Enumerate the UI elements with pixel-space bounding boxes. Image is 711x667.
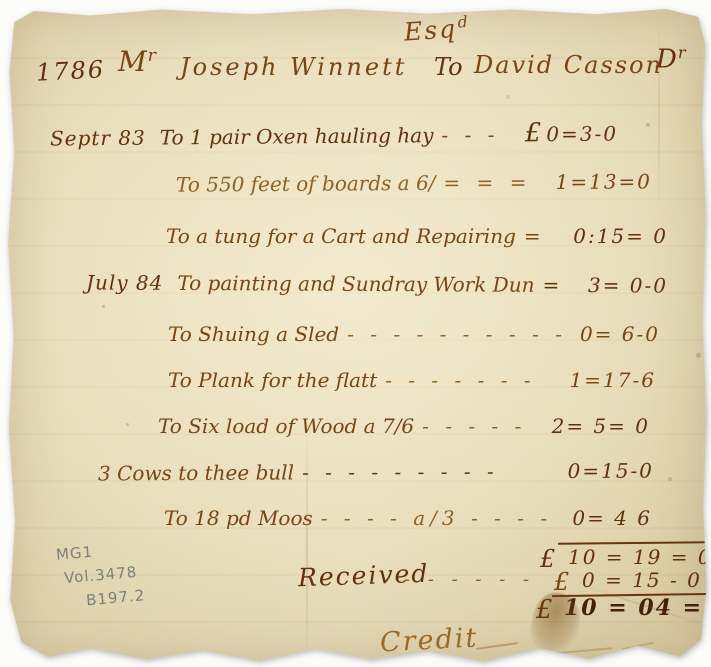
entry-description: To Plank for the flatt <box>168 368 377 392</box>
header-year: 1786 <box>35 55 105 87</box>
paper-sheet: Esqd 1786 Mr Joseph Winnett To David Cas… <box>6 5 708 666</box>
ledger-row: To 550 feet of boards a 6/ = = = 1=13=0 <box>176 169 652 196</box>
entry-amount: £0=3-0 <box>525 118 619 149</box>
entry-dashes: - - - - - <box>414 414 534 438</box>
entry-description: To painting and Sundray Work Dun <box>177 271 534 297</box>
pound-sign: £ <box>540 545 555 573</box>
header-creditor-name: David Casson <box>474 51 663 79</box>
ink-fragment <box>476 642 518 650</box>
entry-amount: 0= 6-0 <box>580 322 660 346</box>
entry-description: To a tung for a Cart and Repairing <box>166 224 516 248</box>
document-scan: Esqd 1786 Mr Joseph Winnett To David Cas… <box>0 0 711 667</box>
entry-description: To Shuing a Sled <box>168 322 339 346</box>
entry-description: To 550 feet of boards a 6/ <box>176 171 436 197</box>
bottom-credit-fragment: Credit <box>379 622 479 658</box>
entry-amount: 2= 5= 0 <box>552 414 650 438</box>
dr-superscript: r <box>678 43 686 62</box>
foxing-spot <box>506 95 510 99</box>
received-amount-value: 0 = 15 - 0 <box>582 568 702 592</box>
header-esquire: Esqd <box>403 13 471 47</box>
entry-date: Septr 83 <box>50 126 146 151</box>
entry-amount: 0:15= 0 <box>573 224 668 248</box>
entry-dashes: = <box>516 224 554 248</box>
entry-amount: 1=13=0 <box>555 169 652 194</box>
header-dr-abbrev: Dr <box>656 43 686 75</box>
entry-description: To 1 pair Oxen hauling hay <box>160 123 434 149</box>
entry-dashes: = = = <box>435 170 539 195</box>
ledger-row: To a tung for a Cart and Repairing = 0:1… <box>166 224 668 248</box>
entry-dashes: - - - <box>433 122 507 147</box>
archival-line: B197.2 <box>85 583 146 612</box>
entry-dashes: - - - - - - - - - <box>294 459 507 484</box>
pound-sign: £ <box>525 118 544 148</box>
ledger-row: To 18 pd Moos - - - - a/3 - - - - 0= 4 6 <box>164 506 652 530</box>
paper-shadow: Esqd 1786 Mr Joseph Winnett To David Cas… <box>0 0 711 667</box>
entry-dashes: - - - - a/3 - - - - <box>313 506 560 530</box>
fold-crease <box>306 425 308 667</box>
foxing-spot <box>126 423 129 426</box>
entry-description: To Six load of Wood a 7/6 <box>158 414 414 438</box>
ledger-row: To Six load of Wood a 7/6 - - - - - 2= 5… <box>158 414 650 438</box>
entry-amount: 1=17-6 <box>570 368 656 392</box>
fold-crease <box>658 13 660 213</box>
archival-pencil-note: MG1 Vol.3478 B197.2 <box>55 535 146 614</box>
entry-dashes: = <box>534 273 572 297</box>
foxing-spot <box>646 123 650 127</box>
entry-amount: 0=15-0 <box>568 459 655 483</box>
ledger-row: Septr 83 To 1 pair Oxen hauling hay - - … <box>50 118 618 153</box>
esquire-superscript: d <box>457 13 470 32</box>
balance-value: 10 = 04 = 0 <box>564 595 711 621</box>
entry-amount: 3= 0-0 <box>588 273 668 297</box>
received-dashes: - - - - - - - - <box>404 569 546 590</box>
ledger-row: To Plank for the flatt - - - - - - - 1=1… <box>168 368 656 392</box>
entry-date: July 84 <box>86 270 164 294</box>
entry-amount: 0= 4 6 <box>572 506 652 530</box>
ledger-row: To Shuing a Sled - - - - - - - - - - 0= … <box>168 322 660 346</box>
entry-description: 3 Cows to thee bull <box>98 460 294 485</box>
ledger-row: 3 Cows to thee bull - - - - - - - - - 0=… <box>98 459 654 486</box>
entry-description: To 18 pd Moos <box>164 506 313 530</box>
entry-dashes: - - - - - - - - - - <box>339 322 575 346</box>
header-debtor-name: Joseph Winnett <box>180 53 407 81</box>
header-salutation: Mr <box>118 45 156 78</box>
ink-fragment <box>622 642 654 651</box>
entry-dashes: - - - - - - - <box>377 368 543 392</box>
foxing-spot <box>102 305 105 308</box>
subtotal-value: 10 = 19 = 0 <box>568 545 711 569</box>
salutation-superscript: r <box>148 46 156 66</box>
foxing-spot <box>668 477 672 481</box>
ledger-row: July 84 To painting and Sundray Work Dun… <box>86 270 668 297</box>
header-to-word: To <box>434 53 463 81</box>
foxing-spot <box>696 353 701 358</box>
